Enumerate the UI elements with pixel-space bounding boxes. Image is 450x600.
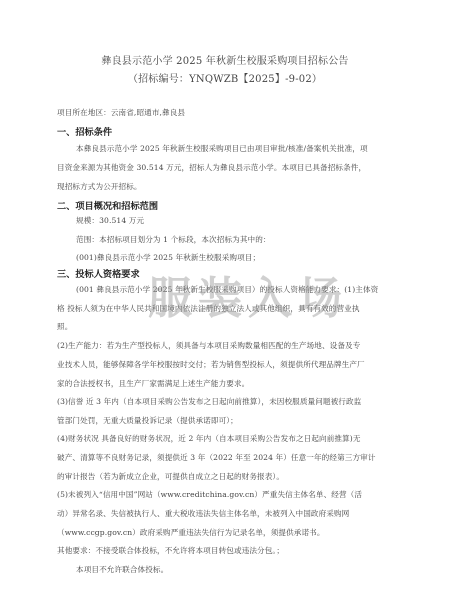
section-3-line: (4)财务状况 具备良好的财务状况，近 2 年内（自本项目采购公告发布之日起向前…: [57, 434, 393, 444]
section-3-line: （www.ccgp.gov.cn）政府采购严重违法失信行为记录名单，须提供承诺书…: [57, 528, 393, 538]
section-3-line: 破产、清算等不良财务记录，须提供近 3 年（2022 年至 2024 年）任意一…: [57, 453, 393, 463]
section-heading-1: 一、招标条件: [57, 124, 112, 138]
section-1-line: 本彝良县示范小学 2025 年秋新生校服采购项目已由项目审批/核准/备案机关批准…: [76, 144, 394, 154]
section-3-line: 业技术人员，能够保障各学年校服按时交付；若为销售型投标人，须提供所代理品牌生产厂: [57, 360, 393, 370]
section-3-line: (3)信誉 近 3 年内（自本项目采购公告发布之日起向前推算），未因校服质量问题…: [57, 397, 393, 407]
section-3-line: 照。: [57, 322, 393, 332]
section-1-line: 现招标方式为公开招标。: [57, 182, 393, 192]
section-3-line: 管部门处罚，无重大质量投诉记录（提供承诺即可）；: [57, 416, 393, 426]
section-3-line: 本项目不允许联合体投标。: [76, 565, 412, 575]
section-3-line: 的审计报告（若为新成立企业，可提供自成立之日起的财务报表）。: [57, 472, 393, 482]
section-2-line: 规模：30.514 万元: [76, 216, 412, 226]
section-3-line: 格 投标人须为在中华人民共和国境内依法注册的独立法人或其他组织，具有有效的营业执: [57, 304, 393, 314]
section-3-line: (001 彝良县示范小学 2025 年秋新生校服采购项目）的投标人资格能力要求：…: [76, 285, 412, 295]
section-3-line: 其他要求：不接受联合体投标，不允许将本项目转包或违法分包。；: [57, 546, 393, 556]
section-3-line: 家的合法授权书，且生产厂家需满足上述生产能力要求。: [57, 379, 393, 389]
project-location: 项目所在地区：云南省,昭通市,彝良县: [57, 108, 393, 118]
document-title: 彝良县示范小学 2025 年秋新生校服采购项目招标公告: [0, 52, 450, 67]
section-3-line: (2)生产能力：若为生产型投标人，须具备与本项目采购数量相匹配的生产场地、设备及…: [57, 341, 393, 351]
section-2-line: (001)彝良县示范小学 2025 年秋新生校服采购项目；: [76, 253, 412, 263]
bid-number: （招标编号：YNQWZB【2025】-9-02）: [0, 70, 450, 85]
section-heading-2: 二、项目概况和招标范围: [57, 198, 158, 212]
document-page: 彝良县示范小学 2025 年秋新生校服采购项目招标公告 （招标编号：YNQWZB…: [0, 0, 450, 600]
section-1-line: 目资金来源为其他资金 30.514 万元，招标人为彝良县示范小学。本项目已具备招…: [57, 163, 393, 173]
section-3-line: (5)未被列入“信用中国”网站（www.creditchina.gov.cn）严…: [57, 490, 393, 500]
section-2-line: 范围：本招标项目划分为 1 个标段，本次招标为其中的：: [76, 235, 412, 245]
section-3-line: 动）异常名录、失信被执行人、重大税收违法失信主体名单，未被列入中国政府采购网: [57, 509, 393, 519]
section-heading-3: 三、投标人资格要求: [57, 266, 140, 280]
